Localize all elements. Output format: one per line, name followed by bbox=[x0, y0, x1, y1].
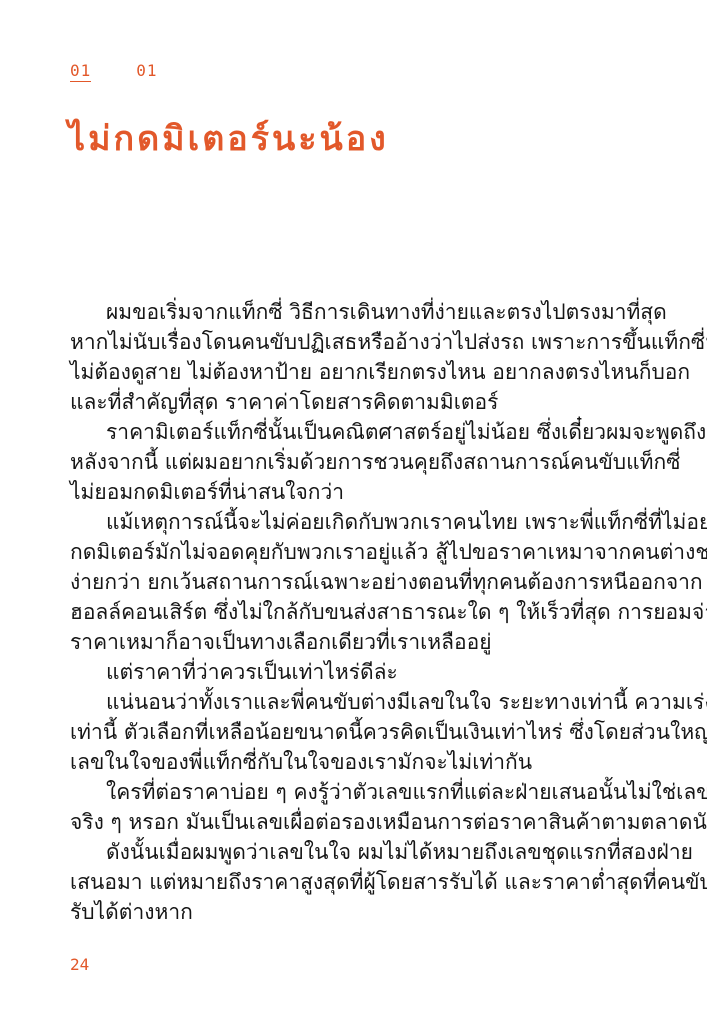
text-line: จริง ๆ หรอก มันเป็นเลขเผื่อต่อรองเหมือนก… bbox=[70, 807, 647, 837]
paragraph: ผมขอเริ่มจากแท็กซี่ วิธีการเดินทางที่ง่า… bbox=[70, 297, 647, 417]
text-line: ราคาเหมาก็อาจเป็นทางเลือกเดียวที่เราเหลื… bbox=[70, 627, 647, 657]
paragraph: แต่ราคาที่ว่าควรเป็นเท่าไหร่ดีล่ะ bbox=[70, 657, 647, 687]
text-line: แน่นอนว่าทั้งเราและพี่คนขับต่างมีเลขในใจ… bbox=[70, 687, 647, 717]
text-line: ฮอลล์คอนเสิร์ต ซึ่งไม่ใกล้กับขนส่งสาธารณ… bbox=[70, 597, 647, 627]
text-line: แม้เหตุการณ์นี้จะไม่ค่อยเกิดกับพวกเราคนไ… bbox=[70, 507, 647, 537]
text-line: รับได้ต่างหาก bbox=[70, 897, 647, 927]
text-line: ผมขอเริ่มจากแท็กซี่ วิธีการเดินทางที่ง่า… bbox=[70, 297, 647, 327]
text-line: แต่ราคาที่ว่าควรเป็นเท่าไหร่ดีล่ะ bbox=[70, 657, 647, 687]
page-title: ไม่กดมิเตอร์นะน้อง bbox=[68, 111, 389, 165]
paragraph: แน่นอนว่าทั้งเราและพี่คนขับต่างมีเลขในใจ… bbox=[70, 687, 647, 777]
text-line: ราคามิเตอร์แท็กซี่นั้นเป็นคณิตศาสตร์อยู่… bbox=[70, 417, 647, 447]
text-line: ไม่ต้องดูสาย ไม่ต้องหาป้าย อยากเรียกตรงไ… bbox=[70, 357, 647, 387]
text-line: หากไม่นับเรื่องโดนคนขับปฏิเสธหรืออ้างว่า… bbox=[70, 327, 647, 357]
page-number: 24 bbox=[70, 955, 89, 974]
text-line: และที่สำคัญที่สุด ราคาค่าโดยสารคิดตามมิเ… bbox=[70, 387, 647, 417]
text-line: กดมิเตอร์มักไม่จอดคุยกับพวกเราอยู่แล้ว ส… bbox=[70, 537, 647, 567]
text-line: ไม่ยอมกดมิเตอร์ที่น่าสนใจกว่า bbox=[70, 477, 647, 507]
text-line: เท่านี้ ตัวเลือกที่เหลือน้อยขนาดนี้ควรคิ… bbox=[70, 717, 647, 747]
paragraph: แม้เหตุการณ์นี้จะไม่ค่อยเกิดกับพวกเราคนไ… bbox=[70, 507, 647, 657]
text-line: หลังจากนี้ แต่ผมอยากเริ่มด้วยการชวนคุยถึ… bbox=[70, 447, 647, 477]
text-line: เสนอมา แต่หมายถึงราคาสูงสุดที่ผู้โดยสารร… bbox=[70, 867, 647, 897]
text-line: เลขในใจของพี่แท็กซี่กับในใจของเรามักจะไม… bbox=[70, 747, 647, 777]
paragraph: ดังนั้นเมื่อผมพูดว่าเลขในใจ ผมไม่ได้หมาย… bbox=[70, 837, 647, 927]
body-text: ผมขอเริ่มจากแท็กซี่ วิธีการเดินทางที่ง่า… bbox=[70, 297, 647, 927]
paragraph: ใครที่ต่อราคาบ่อย ๆ คงรู้ว่าตัวเลขแรกที่… bbox=[70, 777, 647, 837]
text-line: ง่ายกว่า ยกเว้นสถานการณ์เฉพาะอย่างตอนที่… bbox=[70, 567, 647, 597]
chapter-header: 01 01 bbox=[70, 61, 158, 82]
text-line: ใครที่ต่อราคาบ่อย ๆ คงรู้ว่าตัวเลขแรกที่… bbox=[70, 777, 647, 807]
text-line: ดังนั้นเมื่อผมพูดว่าเลขในใจ ผมไม่ได้หมาย… bbox=[70, 837, 647, 867]
chapter-number-repeat: 01 bbox=[136, 61, 157, 82]
paragraph: ราคามิเตอร์แท็กซี่นั้นเป็นคณิตศาสตร์อยู่… bbox=[70, 417, 647, 507]
chapter-number: 01 bbox=[70, 61, 91, 82]
book-page: 01 01 ไม่กดมิเตอร์นะน้อง ผมขอเริ่มจากแท็… bbox=[0, 0, 707, 1024]
